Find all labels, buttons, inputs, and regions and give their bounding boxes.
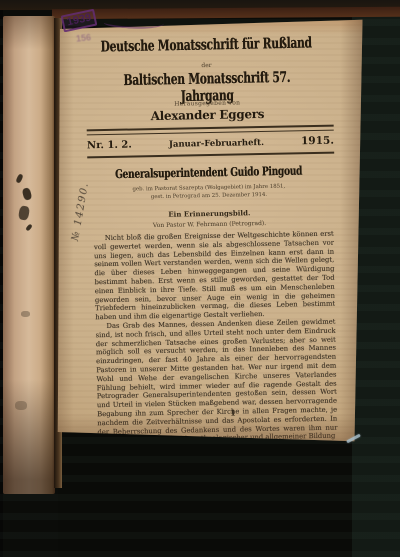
issue-heft-name: Januar-Februarheft. bbox=[169, 138, 264, 150]
stain bbox=[21, 311, 30, 317]
divider-rule-bottom bbox=[87, 152, 334, 159]
ink-speck bbox=[18, 205, 30, 221]
body-paragraph: Nicht bloß die großen Ereignisse der Wel… bbox=[94, 230, 336, 323]
ink-speck bbox=[25, 224, 33, 232]
book-photo: Deutsche Monatsschrift für Rußland der B… bbox=[0, 0, 400, 557]
main-page: Deutsche Monatsschrift für Rußland der B… bbox=[55, 18, 365, 443]
article-body: Nicht bloß die großen Ereignisse der Wel… bbox=[94, 230, 338, 446]
page-content: Deutsche Monatsschrift für Rußland der B… bbox=[52, 15, 370, 446]
page-number: 1 bbox=[230, 408, 236, 418]
body-paragraph: Das Grab des Mannes, dessen Andenken die… bbox=[95, 318, 337, 446]
issue-number: Nr. 1. 2. bbox=[87, 139, 132, 151]
stain bbox=[15, 401, 27, 410]
issue-year: 1915. bbox=[301, 135, 334, 148]
masthead-title-line1: Deutsche Monatsschrift für Rußland bbox=[94, 35, 317, 56]
left-page-fore-edge bbox=[3, 16, 55, 494]
article-byline: Von Pastor W. Fehrmann (Petrograd). bbox=[73, 218, 345, 230]
ink-speck bbox=[15, 173, 23, 183]
article-title: Generalsuperintendent Guido Pingoud bbox=[97, 163, 320, 182]
ink-speck bbox=[22, 187, 33, 201]
issue-bar: Nr. 1. 2. Januar-Februarheft. 1915. bbox=[87, 135, 334, 152]
faint-stamp-mark: 156 bbox=[76, 32, 92, 44]
